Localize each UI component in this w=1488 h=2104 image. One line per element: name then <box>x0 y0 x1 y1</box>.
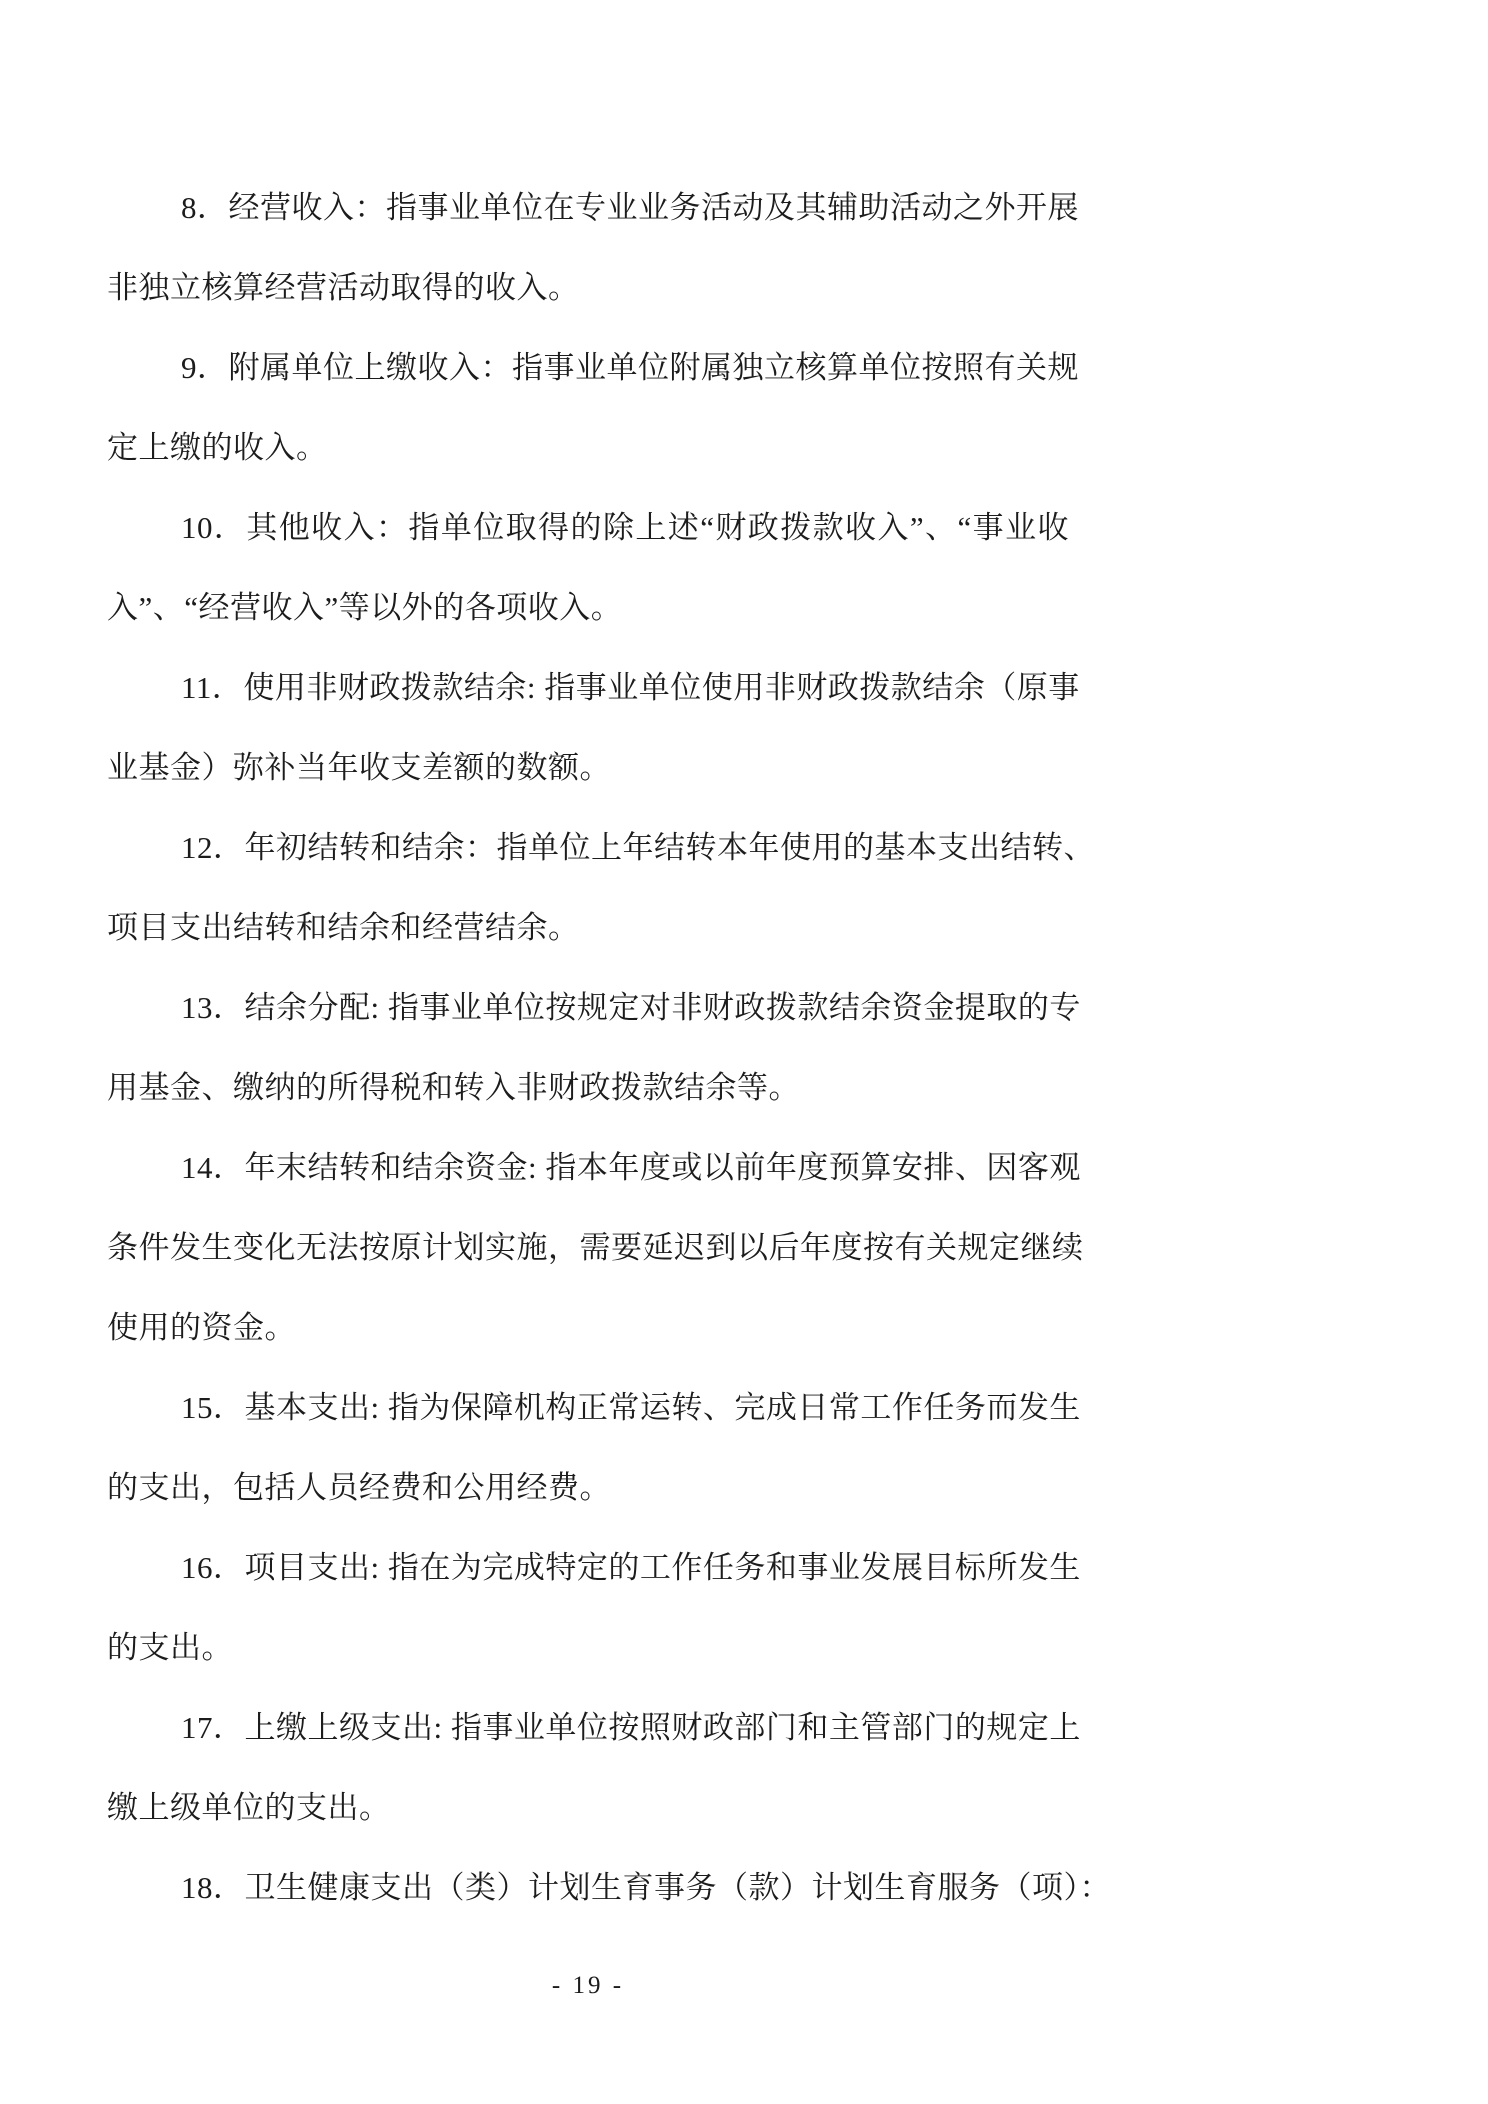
text-line: 项目支出结转和结余和经营结余。 <box>107 888 1069 968</box>
document-body: 8．经营收入：指事业单位在专业业务活动及其辅助活动之外开展非独立核算经营活动取得… <box>107 168 1069 1928</box>
text-line: 18．卫生健康支出（类）计划生育事务（款）计划生育服务（项）： <box>107 1848 1069 1928</box>
paragraph: 11．使用非财政拨款结余: 指事业单位使用非财政拨款结余（原事业基金）弥补当年收… <box>107 648 1069 808</box>
text-line: 17．上缴上级支出: 指事业单位按照财政部门和主管部门的规定上 <box>107 1688 1069 1768</box>
text-line: 10．其他收入：指单位取得的除上述“财政拨款收入”、“事业收 <box>107 488 1069 568</box>
paragraph: 12．年初结转和结余：指单位上年结转本年使用的基本支出结转、项目支出结转和结余和… <box>107 808 1069 968</box>
text-line: 8．经营收入：指事业单位在专业业务活动及其辅助活动之外开展 <box>107 168 1069 248</box>
paragraph: 15．基本支出: 指为保障机构正常运转、完成日常工作任务而发生的支出，包括人员经… <box>107 1368 1069 1528</box>
paragraph: 14．年末结转和结余资金: 指本年度或以前年度预算安排、因客观条件发生变化无法按… <box>107 1128 1069 1368</box>
paragraph: 16．项目支出: 指在为完成特定的工作任务和事业发展目标所发生的支出。 <box>107 1528 1069 1688</box>
paragraph: 9．附属单位上缴收入：指事业单位附属独立核算单位按照有关规定上缴的收入。 <box>107 328 1069 488</box>
text-line: 缴上级单位的支出。 <box>107 1768 1069 1848</box>
text-line: 12．年初结转和结余：指单位上年结转本年使用的基本支出结转、 <box>107 808 1069 888</box>
text-line: 用基金、缴纳的所得税和转入非财政拨款结余等。 <box>107 1048 1069 1128</box>
text-line: 15．基本支出: 指为保障机构正常运转、完成日常工作任务而发生 <box>107 1368 1069 1448</box>
paragraph: 10．其他收入：指单位取得的除上述“财政拨款收入”、“事业收入”、“经营收入”等… <box>107 488 1069 648</box>
text-line: 业基金）弥补当年收支差额的数额。 <box>107 728 1069 808</box>
paragraph: 18．卫生健康支出（类）计划生育事务（款）计划生育服务（项）： <box>107 1848 1069 1928</box>
text-line: 的支出，包括人员经费和公用经费。 <box>107 1448 1069 1528</box>
text-line: 非独立核算经营活动取得的收入。 <box>107 248 1069 328</box>
text-line: 条件发生变化无法按原计划实施，需要延迟到以后年度按有关规定继续 <box>107 1208 1069 1288</box>
text-line: 使用的资金。 <box>107 1288 1069 1368</box>
document-page: 8．经营收入：指事业单位在专业业务活动及其辅助活动之外开展非独立核算经营活动取得… <box>0 0 1488 2104</box>
paragraph: 8．经营收入：指事业单位在专业业务活动及其辅助活动之外开展非独立核算经营活动取得… <box>107 168 1069 328</box>
text-line: 16．项目支出: 指在为完成特定的工作任务和事业发展目标所发生 <box>107 1528 1069 1608</box>
paragraph: 13．结余分配: 指事业单位按规定对非财政拨款结余资金提取的专用基金、缴纳的所得… <box>107 968 1069 1128</box>
text-line: 入”、“经营收入”等以外的各项收入。 <box>107 568 1069 648</box>
text-line: 11．使用非财政拨款结余: 指事业单位使用非财政拨款结余（原事 <box>107 648 1069 728</box>
text-line: 定上缴的收入。 <box>107 408 1069 488</box>
text-line: 9．附属单位上缴收入：指事业单位附属独立核算单位按照有关规 <box>107 328 1069 408</box>
text-line: 的支出。 <box>107 1608 1069 1688</box>
text-line: 14．年末结转和结余资金: 指本年度或以前年度预算安排、因客观 <box>107 1128 1069 1208</box>
page-number: - 19 - <box>107 1972 1069 2000</box>
text-line: 13．结余分配: 指事业单位按规定对非财政拨款结余资金提取的专 <box>107 968 1069 1048</box>
paragraph: 17．上缴上级支出: 指事业单位按照财政部门和主管部门的规定上缴上级单位的支出。 <box>107 1688 1069 1848</box>
